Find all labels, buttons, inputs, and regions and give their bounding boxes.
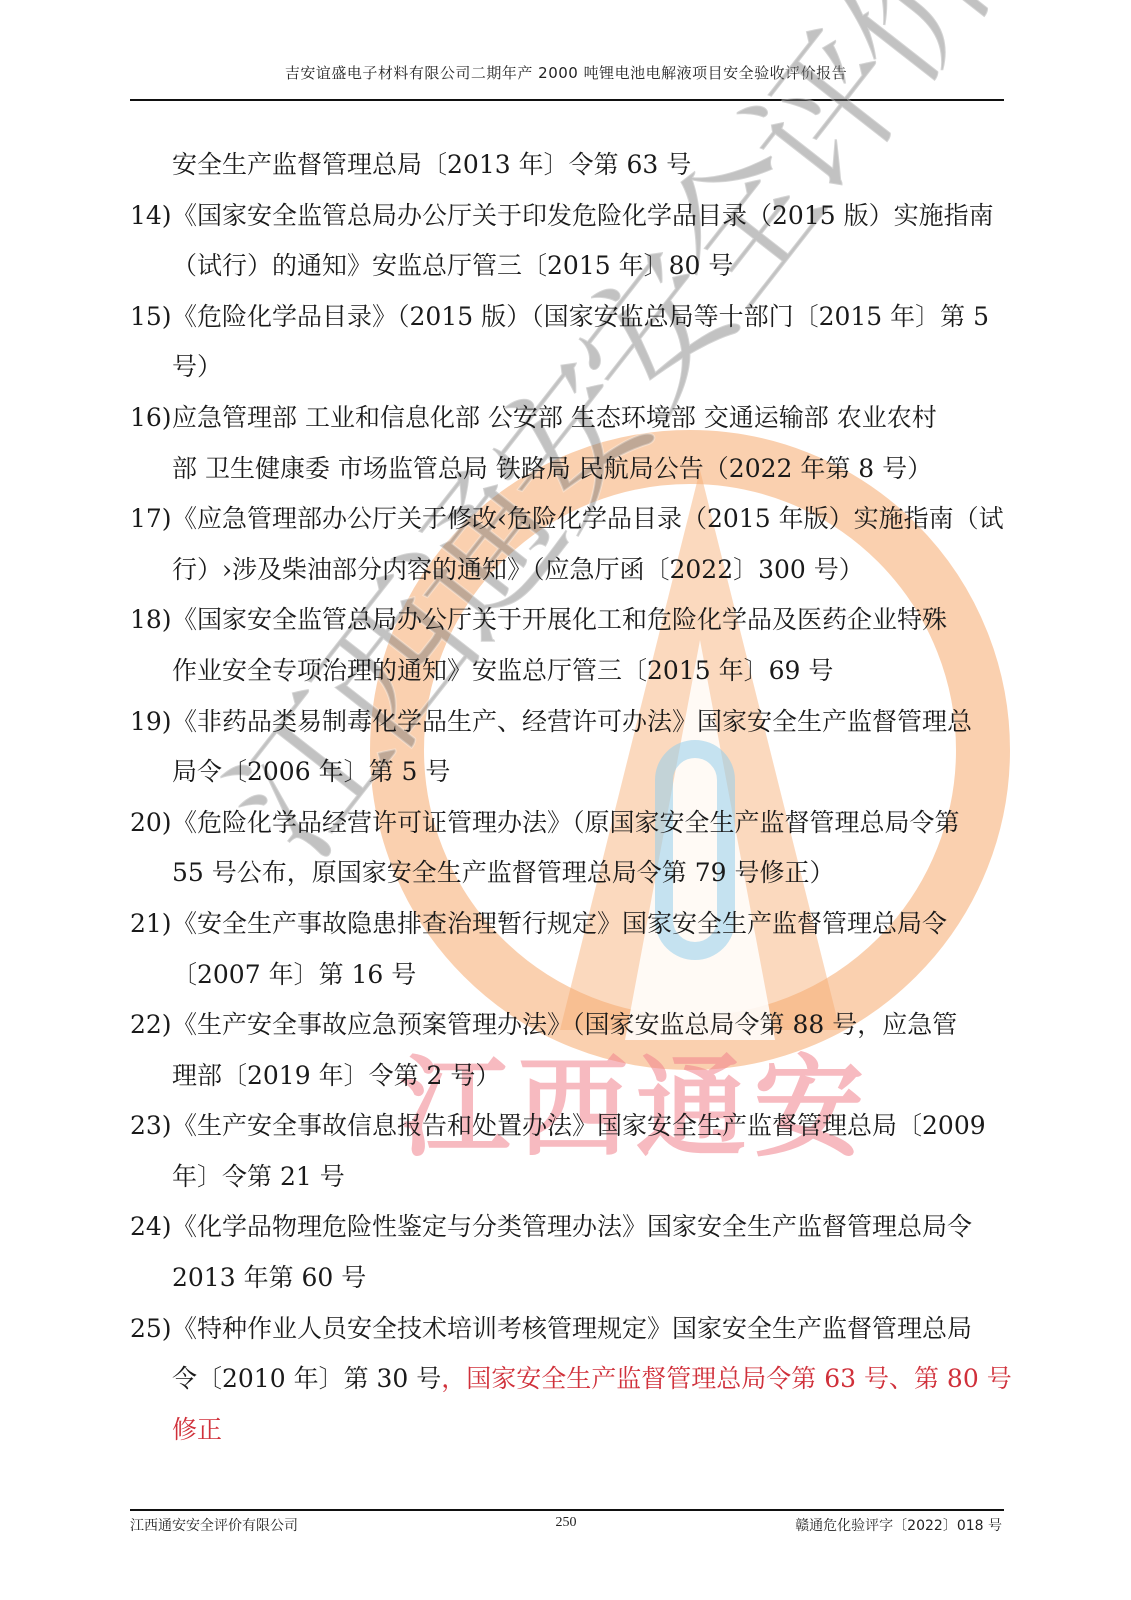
entry-number: 15) — [130, 292, 172, 343]
entry-line: 号） — [130, 342, 1010, 393]
entry-line: 《生产安全事故应急预案管理办法》（国家安监总局令第 88 号，应急管 — [172, 1010, 957, 1039]
entry-line: 年〕令第 21 号 — [130, 1152, 1010, 1203]
list-item-25: 25)《特种作业人员安全技术培训考核管理规定》国家安全生产监督管理总局 令〔20… — [130, 1304, 1010, 1456]
list-item-21: 21)《安全生产事故隐患排查治理暂行规定》国家安全生产监督管理总局令 〔2007… — [130, 899, 1010, 1000]
revision-note: 修正 — [130, 1405, 1010, 1456]
entry-line: 作业安全专项治理的通知》安监总厅管三〔2015 年〕69 号 — [130, 646, 1010, 697]
entry-line: 《危险化学品经营许可证管理办法》（原国家安全生产监督管理总局令第 — [172, 808, 960, 837]
entry-line: （试行）的通知》安监总厅管三〔2015 年〕80 号 — [130, 241, 1010, 292]
entry-line: 理部〔2019 年〕令第 2 号） — [130, 1051, 1010, 1102]
footer-doc-number: 赣通危化验评字〔2022〕018 号 — [795, 1515, 1002, 1535]
entry-line: 《安全生产事故隐患排查治理暂行规定》国家安全生产监督管理总局令 — [172, 909, 947, 938]
page-footer: 江西通安安全评价有限公司 250 赣通危化验评字〔2022〕018 号 — [130, 1515, 1002, 1535]
page-header-title: 吉安谊盛电子材料有限公司二期年产 2000 吨锂电池电解液项目安全验收评价报告 — [130, 62, 1002, 83]
entry-number: 20) — [130, 798, 172, 849]
entry-number: 17) — [130, 494, 172, 545]
list-item-19: 19)《非药品类易制毒化学品生产、经营许可办法》国家安全生产监督管理总 局令〔2… — [130, 697, 1010, 798]
entry-number: 16) — [130, 393, 172, 444]
list-item-15: 15)《危险化学品目录》（2015 版）（国家安监总局等十部门〔2015 年〕第… — [130, 292, 1010, 393]
entry-number: 18) — [130, 595, 172, 646]
list-item-24: 24)《化学品物理危险性鉴定与分类管理办法》国家安全生产监督管理总局令 2013… — [130, 1202, 1010, 1303]
entry-line: 《国家安全监管总局办公厅关于印发危险化学品目录（2015 版）实施指南 — [172, 201, 994, 230]
entry-line: 《危险化学品目录》（2015 版）（国家安监总局等十部门〔2015 年〕第 5 — [172, 302, 989, 331]
entry-line: 55 号公布，原国家安全生产监督管理总局令第 79 号修正） — [130, 848, 1010, 899]
entry-line: 《国家安全监管总局办公厅关于开展化工和危险化学品及医药企业特殊 — [172, 605, 947, 634]
entry-number: 19) — [130, 697, 172, 748]
entry-line: 部 卫生健康委 市场监管总局 铁路局 民航局公告（2022 年第 8 号） — [130, 444, 1010, 495]
list-item-16: 16)应急管理部 工业和信息化部 公安部 生态环境部 交通运输部 农业农村 部 … — [130, 393, 1010, 494]
list-item-22: 22)《生产安全事故应急预案管理办法》（国家安监总局令第 88 号，应急管 理部… — [130, 1000, 1010, 1101]
entry-line: 2013 年第 60 号 — [130, 1253, 1010, 1304]
entry-number: 14) — [130, 191, 172, 242]
entry-line: 《应急管理部办公厅关于修改‹危险化学品目录（2015 年版）实施指南（试 — [172, 504, 1004, 533]
entry-number: 25) — [130, 1304, 172, 1355]
footer-divider — [130, 1509, 1004, 1511]
list-item-13-continued: 安全生产监督管理总局〔2013 年〕令第 63 号 — [130, 140, 1010, 191]
entry-line: 应急管理部 工业和信息化部 公安部 生态环境部 交通运输部 农业农村 — [172, 403, 937, 432]
regulation-list: 安全生产监督管理总局〔2013 年〕令第 63 号 14)《国家安全监管总局办公… — [130, 140, 1010, 1455]
entry-line: 《生产安全事故信息报告和处置办法》国家安全生产监督管理总局〔2009 — [172, 1111, 986, 1140]
list-item-20: 20)《危险化学品经营许可证管理办法》（原国家安全生产监督管理总局令第 55 号… — [130, 798, 1010, 899]
entry-line: 令〔2010 年〕第 30 号 — [172, 1364, 441, 1393]
list-item-17: 17)《应急管理部办公厅关于修改‹危险化学品目录（2015 年版）实施指南（试 … — [130, 494, 1010, 595]
entry-line: 《特种作业人员安全技术培训考核管理规定》国家安全生产监督管理总局 — [172, 1314, 972, 1343]
entry-line: 〔2007 年〕第 16 号 — [130, 950, 1010, 1001]
entry-number: 23) — [130, 1101, 172, 1152]
list-item-23: 23)《生产安全事故信息报告和处置办法》国家安全生产监督管理总局〔2009 年〕… — [130, 1101, 1010, 1202]
revision-note: ，国家安全生产监督管理总局令第 63 号、第 80 号 — [441, 1364, 1011, 1393]
entry-line: 《非药品类易制毒化学品生产、经营许可办法》国家安全生产监督管理总 — [172, 707, 972, 736]
entry-line: 行）›涉及柴油部分内容的通知》（应急厅函〔2022〕300 号） — [130, 545, 1010, 596]
list-item-18: 18)《国家安全监管总局办公厅关于开展化工和危险化学品及医药企业特殊 作业安全专… — [130, 595, 1010, 696]
entry-line: 安全生产监督管理总局〔2013 年〕令第 63 号 — [130, 140, 1010, 191]
entry-number: 21) — [130, 899, 172, 950]
entry-line: 《化学品物理危险性鉴定与分类管理办法》国家安全生产监督管理总局令 — [172, 1212, 972, 1241]
list-item-14: 14)《国家安全监管总局办公厅关于印发危险化学品目录（2015 版）实施指南 （… — [130, 191, 1010, 292]
entry-number: 22) — [130, 1000, 172, 1051]
entry-number: 24) — [130, 1202, 172, 1253]
header-divider — [130, 99, 1004, 101]
entry-line: 局令〔2006 年〕第 5 号 — [130, 747, 1010, 798]
